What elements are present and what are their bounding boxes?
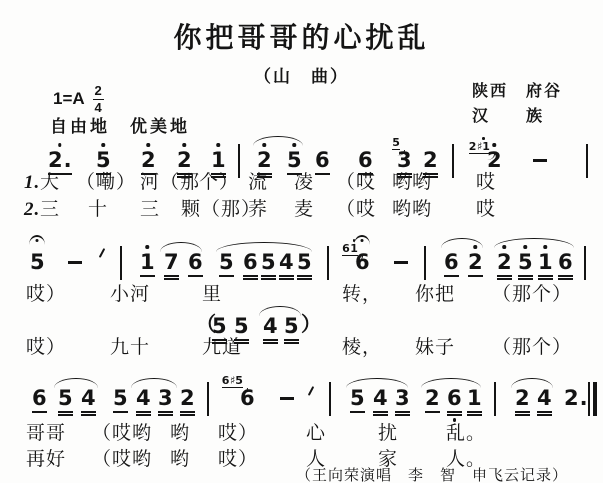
lyric-text: 哟 — [170, 450, 190, 469]
note: 6 — [243, 252, 258, 280]
note: 5 — [287, 150, 302, 175]
note-digit: 6 — [444, 252, 459, 273]
beam-underline — [261, 278, 276, 280]
lyric-text: 妹子 — [415, 338, 455, 357]
verse-number: 2. — [24, 200, 40, 219]
note-digit: 4 — [263, 316, 278, 337]
key-signature: 1=A 2 4 — [53, 84, 104, 115]
lyric-text: 三 — [140, 200, 160, 219]
song-title: 你把哥哥的心扰乱 — [0, 16, 603, 56]
octave-dot-low — [453, 418, 457, 422]
beam-underline — [468, 275, 483, 277]
augmentation-dot: . — [580, 388, 588, 409]
note-digit: 6 — [558, 252, 573, 273]
note-digit: 5 — [297, 252, 312, 273]
duration-dash — [394, 261, 408, 264]
barline — [584, 246, 586, 280]
note: 2♯12 — [487, 150, 502, 171]
beam-underline — [219, 275, 234, 277]
note: 6 — [32, 388, 47, 413]
note: 2. — [48, 150, 72, 175]
verse-number: 1. — [24, 173, 40, 192]
grace-digit: 1 — [350, 243, 358, 254]
beam-underline — [447, 414, 462, 416]
breath-mark — [308, 386, 315, 396]
note-digit: 4 — [537, 388, 552, 409]
note: 4 — [136, 388, 151, 416]
beam-underline — [447, 411, 462, 413]
barline — [424, 246, 426, 280]
time-numerator: 2 — [95, 84, 102, 98]
key-label: 1=A — [53, 89, 85, 109]
beam-underline — [444, 275, 459, 277]
lyric-text: （哎哟 — [92, 424, 152, 443]
lyric-text: 个） — [199, 173, 239, 192]
lyric-text: 河（那 — [140, 173, 200, 192]
note: 4 — [279, 252, 294, 280]
note: 2 — [141, 150, 156, 175]
lyric-text: 哎） — [218, 450, 258, 469]
beam-underline — [515, 411, 530, 413]
note: 6 — [315, 150, 330, 175]
beam-underline — [395, 414, 410, 416]
region-origin: 陕西 府谷 — [472, 78, 562, 101]
grace-digit: ♯1 — [477, 141, 490, 152]
octave-dot-high — [146, 245, 150, 249]
beam-underline — [136, 411, 151, 413]
beam-underline — [537, 411, 552, 413]
barline — [120, 246, 122, 280]
beam-underline — [558, 275, 573, 277]
note-digit: 4 — [136, 388, 151, 409]
lyric-text: 你把 — [415, 285, 455, 304]
note-digit: 5 — [261, 252, 276, 273]
beam-underline — [538, 275, 553, 277]
sheet-music-page: 你把哥哥的心扰乱 （山 曲） 1=A 2 4 自由地 优美地 陕西 府谷 汉 族… — [0, 0, 603, 483]
octave-dot-high — [217, 143, 221, 147]
note-digit: 6 — [358, 150, 373, 171]
beam-underline — [263, 342, 278, 344]
note: 2 — [425, 388, 440, 413]
beam-underline — [188, 275, 203, 277]
beam-underline — [467, 411, 482, 413]
beam-underline — [81, 411, 96, 413]
beam-underline — [537, 414, 552, 416]
barline — [586, 144, 588, 178]
beam-underline — [263, 339, 278, 341]
time-signature: 2 4 — [93, 84, 104, 115]
note: 5 — [58, 388, 73, 416]
grace-digit: 6 — [342, 243, 350, 254]
lyric-text: 十 — [88, 200, 108, 219]
lyric-text: 棱， — [342, 338, 382, 357]
grace-notes: 2♯1 — [469, 137, 490, 160]
lyric-text: 哎） — [218, 424, 258, 443]
octave-dot-high — [544, 245, 548, 249]
beam-underline — [279, 275, 294, 277]
note-digit: 5 — [30, 252, 45, 273]
note: 7 — [164, 252, 179, 280]
lyric-text: 哎 — [476, 173, 496, 192]
grace-notes: 5 — [392, 137, 400, 156]
beam-underline — [373, 411, 388, 413]
note-digit: 1 — [538, 252, 553, 273]
lyric-text: 再好 — [26, 450, 66, 469]
tempo-marking: 自由地 优美地 — [50, 112, 190, 137]
note-digit: 5 — [234, 316, 249, 337]
barline — [452, 144, 454, 178]
octave-dot-high — [474, 245, 478, 249]
lyric-text: 哟 — [170, 424, 190, 443]
note-digit: 2 — [425, 388, 440, 409]
note-digit: 5 — [96, 150, 111, 171]
lyric-text: 转， — [342, 285, 382, 304]
beam-underline — [158, 411, 173, 413]
beam-underline — [497, 278, 512, 280]
barline — [327, 246, 329, 280]
octave-dot-high — [147, 143, 151, 147]
beam-underline — [297, 278, 312, 280]
note: 5 — [284, 316, 299, 344]
beam-underline — [373, 414, 388, 416]
duration-dash — [533, 159, 547, 162]
note: 6 — [188, 252, 203, 277]
beam-underline — [467, 414, 482, 416]
grace-digit: 2 — [469, 141, 477, 152]
final-barline — [588, 382, 597, 416]
note: 5 — [297, 252, 312, 280]
note: 5 — [219, 252, 234, 277]
lyric-text: （哎 — [336, 173, 376, 192]
lyric-text: 九道 — [202, 338, 242, 357]
note: 6♯56 — [240, 388, 255, 409]
lyric-text: 乱。 — [446, 424, 486, 443]
note: 4 — [263, 316, 278, 344]
lyric-text: 哎 — [476, 200, 496, 219]
lyric-text: 哎） — [26, 338, 66, 357]
beam-underline — [140, 275, 155, 277]
grace-digit: 6 — [222, 375, 230, 386]
octave-dot-high — [183, 143, 187, 147]
octave-dot-high — [58, 143, 62, 147]
note: 5 — [350, 388, 365, 413]
barline — [207, 382, 209, 416]
note-digit: 4 — [81, 388, 96, 409]
note: 5 — [30, 252, 45, 273]
note-digit: 2 — [468, 252, 483, 273]
lyric-text: 哟哟 — [392, 173, 432, 192]
beam-underline — [58, 414, 73, 416]
lyric-text: （那个） — [492, 338, 572, 357]
note: 1 — [467, 388, 482, 416]
note: 2 — [180, 388, 195, 416]
beam-underline — [518, 278, 533, 280]
note-digit: 2 — [257, 150, 272, 171]
octave-dot-high — [524, 245, 528, 249]
lyric-text: 哥哥 — [26, 424, 66, 443]
lyric-text: 扰 — [378, 424, 398, 443]
note-digit: 5 — [219, 252, 234, 273]
octave-dot-high — [293, 143, 297, 147]
note: 4 — [81, 388, 96, 416]
note-digit: 1 — [211, 150, 226, 171]
note: 3 — [158, 388, 173, 416]
note: 6 — [444, 252, 459, 277]
note: 5 — [518, 252, 533, 280]
lyric-text: 里 — [202, 285, 222, 304]
grace-digit: 5 — [392, 137, 400, 148]
beam-underline — [538, 278, 553, 280]
beam-underline — [261, 275, 276, 277]
beam-underline — [284, 339, 299, 341]
beam-underline — [113, 411, 128, 413]
augmentation-dot: . — [64, 150, 72, 171]
beam-underline — [284, 342, 299, 344]
beam-underline — [515, 414, 530, 416]
beam-underline — [243, 278, 258, 280]
octave-dot-high — [263, 143, 267, 147]
note-digit: 5 — [518, 252, 533, 273]
lyric-text: 小河 — [110, 285, 150, 304]
duration-dash — [280, 397, 294, 400]
note-digit: 7 — [164, 252, 179, 273]
octave-dot-high — [503, 245, 507, 249]
note-digit: 3 — [158, 388, 173, 409]
grace-notes: 61 — [342, 239, 358, 262]
beam-underline — [158, 414, 173, 416]
note: 4 — [537, 388, 552, 416]
barline — [329, 382, 331, 416]
note-digit: 6 — [315, 150, 330, 171]
lyric-text: 九十 — [110, 338, 150, 357]
beam-underline — [32, 411, 47, 413]
note: 5 — [261, 252, 276, 280]
note-digit: 3 — [395, 388, 410, 409]
lyric-text: （哎 — [336, 200, 376, 219]
beam-underline — [164, 278, 179, 280]
note: 616 — [355, 252, 370, 273]
note-digit: 6 — [188, 252, 203, 273]
note: 6 — [558, 252, 573, 280]
lyric-text: 凌 — [294, 173, 314, 192]
note-digit: 2 — [180, 388, 195, 409]
ethnic-group: 汉 族 — [472, 103, 544, 126]
paren-text: ） — [301, 314, 321, 334]
note: 1 — [538, 252, 553, 280]
note-digit: 5 — [113, 388, 128, 409]
note-digit: 5 — [350, 388, 365, 409]
beam-underline — [518, 275, 533, 277]
breath-mark — [99, 248, 106, 258]
beam-underline — [297, 275, 312, 277]
beam-underline — [350, 411, 365, 413]
beam-underline — [164, 275, 179, 277]
note-digit: 1 — [140, 252, 155, 273]
note: 4 — [373, 388, 388, 416]
grace-notes: 6♯5 — [222, 375, 243, 394]
beam-underline — [395, 411, 410, 413]
note: 2 — [497, 252, 512, 280]
note-digit: 2 — [423, 150, 438, 171]
note: 2 — [468, 252, 483, 277]
note-digit: 6 — [447, 388, 462, 409]
beam-underline — [180, 411, 195, 413]
note: 6 — [358, 150, 373, 175]
barline — [494, 382, 496, 416]
performer-credit: （王向荣演唱 李 智 申飞云记录） — [296, 464, 568, 483]
fermata-icon — [29, 235, 45, 245]
beam-underline — [136, 414, 151, 416]
note-digit: 2 — [48, 150, 63, 171]
note-digit: 5 — [287, 150, 302, 171]
beam-underline — [315, 173, 330, 175]
note: 2. — [564, 388, 588, 409]
note-digit: 2 — [515, 388, 530, 409]
note-digit: 2 — [177, 150, 192, 171]
note-digit: 2 — [564, 388, 579, 409]
lyric-text: 麦 — [294, 200, 314, 219]
note-digit: 4 — [279, 252, 294, 273]
note-digit: 4 — [373, 388, 388, 409]
lyric-text: 心 — [306, 424, 326, 443]
note-digit: 6 — [32, 388, 47, 409]
lyric-text: （哎哟 — [92, 450, 152, 469]
beam-underline — [58, 411, 73, 413]
note: 1 — [140, 252, 155, 277]
note-digit: 5 — [284, 316, 299, 337]
beam-underline — [243, 275, 258, 277]
note-digit: 6 — [243, 252, 258, 273]
note-digit: 2 — [497, 252, 512, 273]
beam-underline — [180, 414, 195, 416]
lyric-text: 哎） — [26, 285, 66, 304]
octave-dot-high — [102, 143, 106, 147]
lyric-text: 荞 — [248, 200, 268, 219]
note-digit: 2 — [141, 150, 156, 171]
note-digit: 1 — [467, 388, 482, 409]
note: 3 — [395, 388, 410, 416]
lyric-text: 三 — [40, 200, 60, 219]
lyric-text: 哟哟 — [392, 200, 432, 219]
octave-dot-high — [493, 143, 497, 147]
note-digit: 5 — [58, 388, 73, 409]
beam-underline — [558, 278, 573, 280]
lyric-text: （嘞） — [76, 173, 136, 192]
note-digit: 5 — [212, 316, 227, 337]
lyric-text: （那个） — [492, 285, 572, 304]
beam-underline — [425, 411, 440, 413]
duration-dash — [68, 261, 82, 264]
note: 2 — [515, 388, 530, 416]
note: 6 — [447, 388, 462, 422]
beam-underline — [497, 275, 512, 277]
lyric-text: 流 — [248, 173, 268, 192]
note: 5 — [113, 388, 128, 413]
beam-underline — [81, 414, 96, 416]
beam-underline — [279, 278, 294, 280]
grace-digit: ♯5 — [230, 375, 243, 386]
note: 5 — [96, 150, 111, 175]
lyric-text: 大 — [40, 173, 60, 192]
